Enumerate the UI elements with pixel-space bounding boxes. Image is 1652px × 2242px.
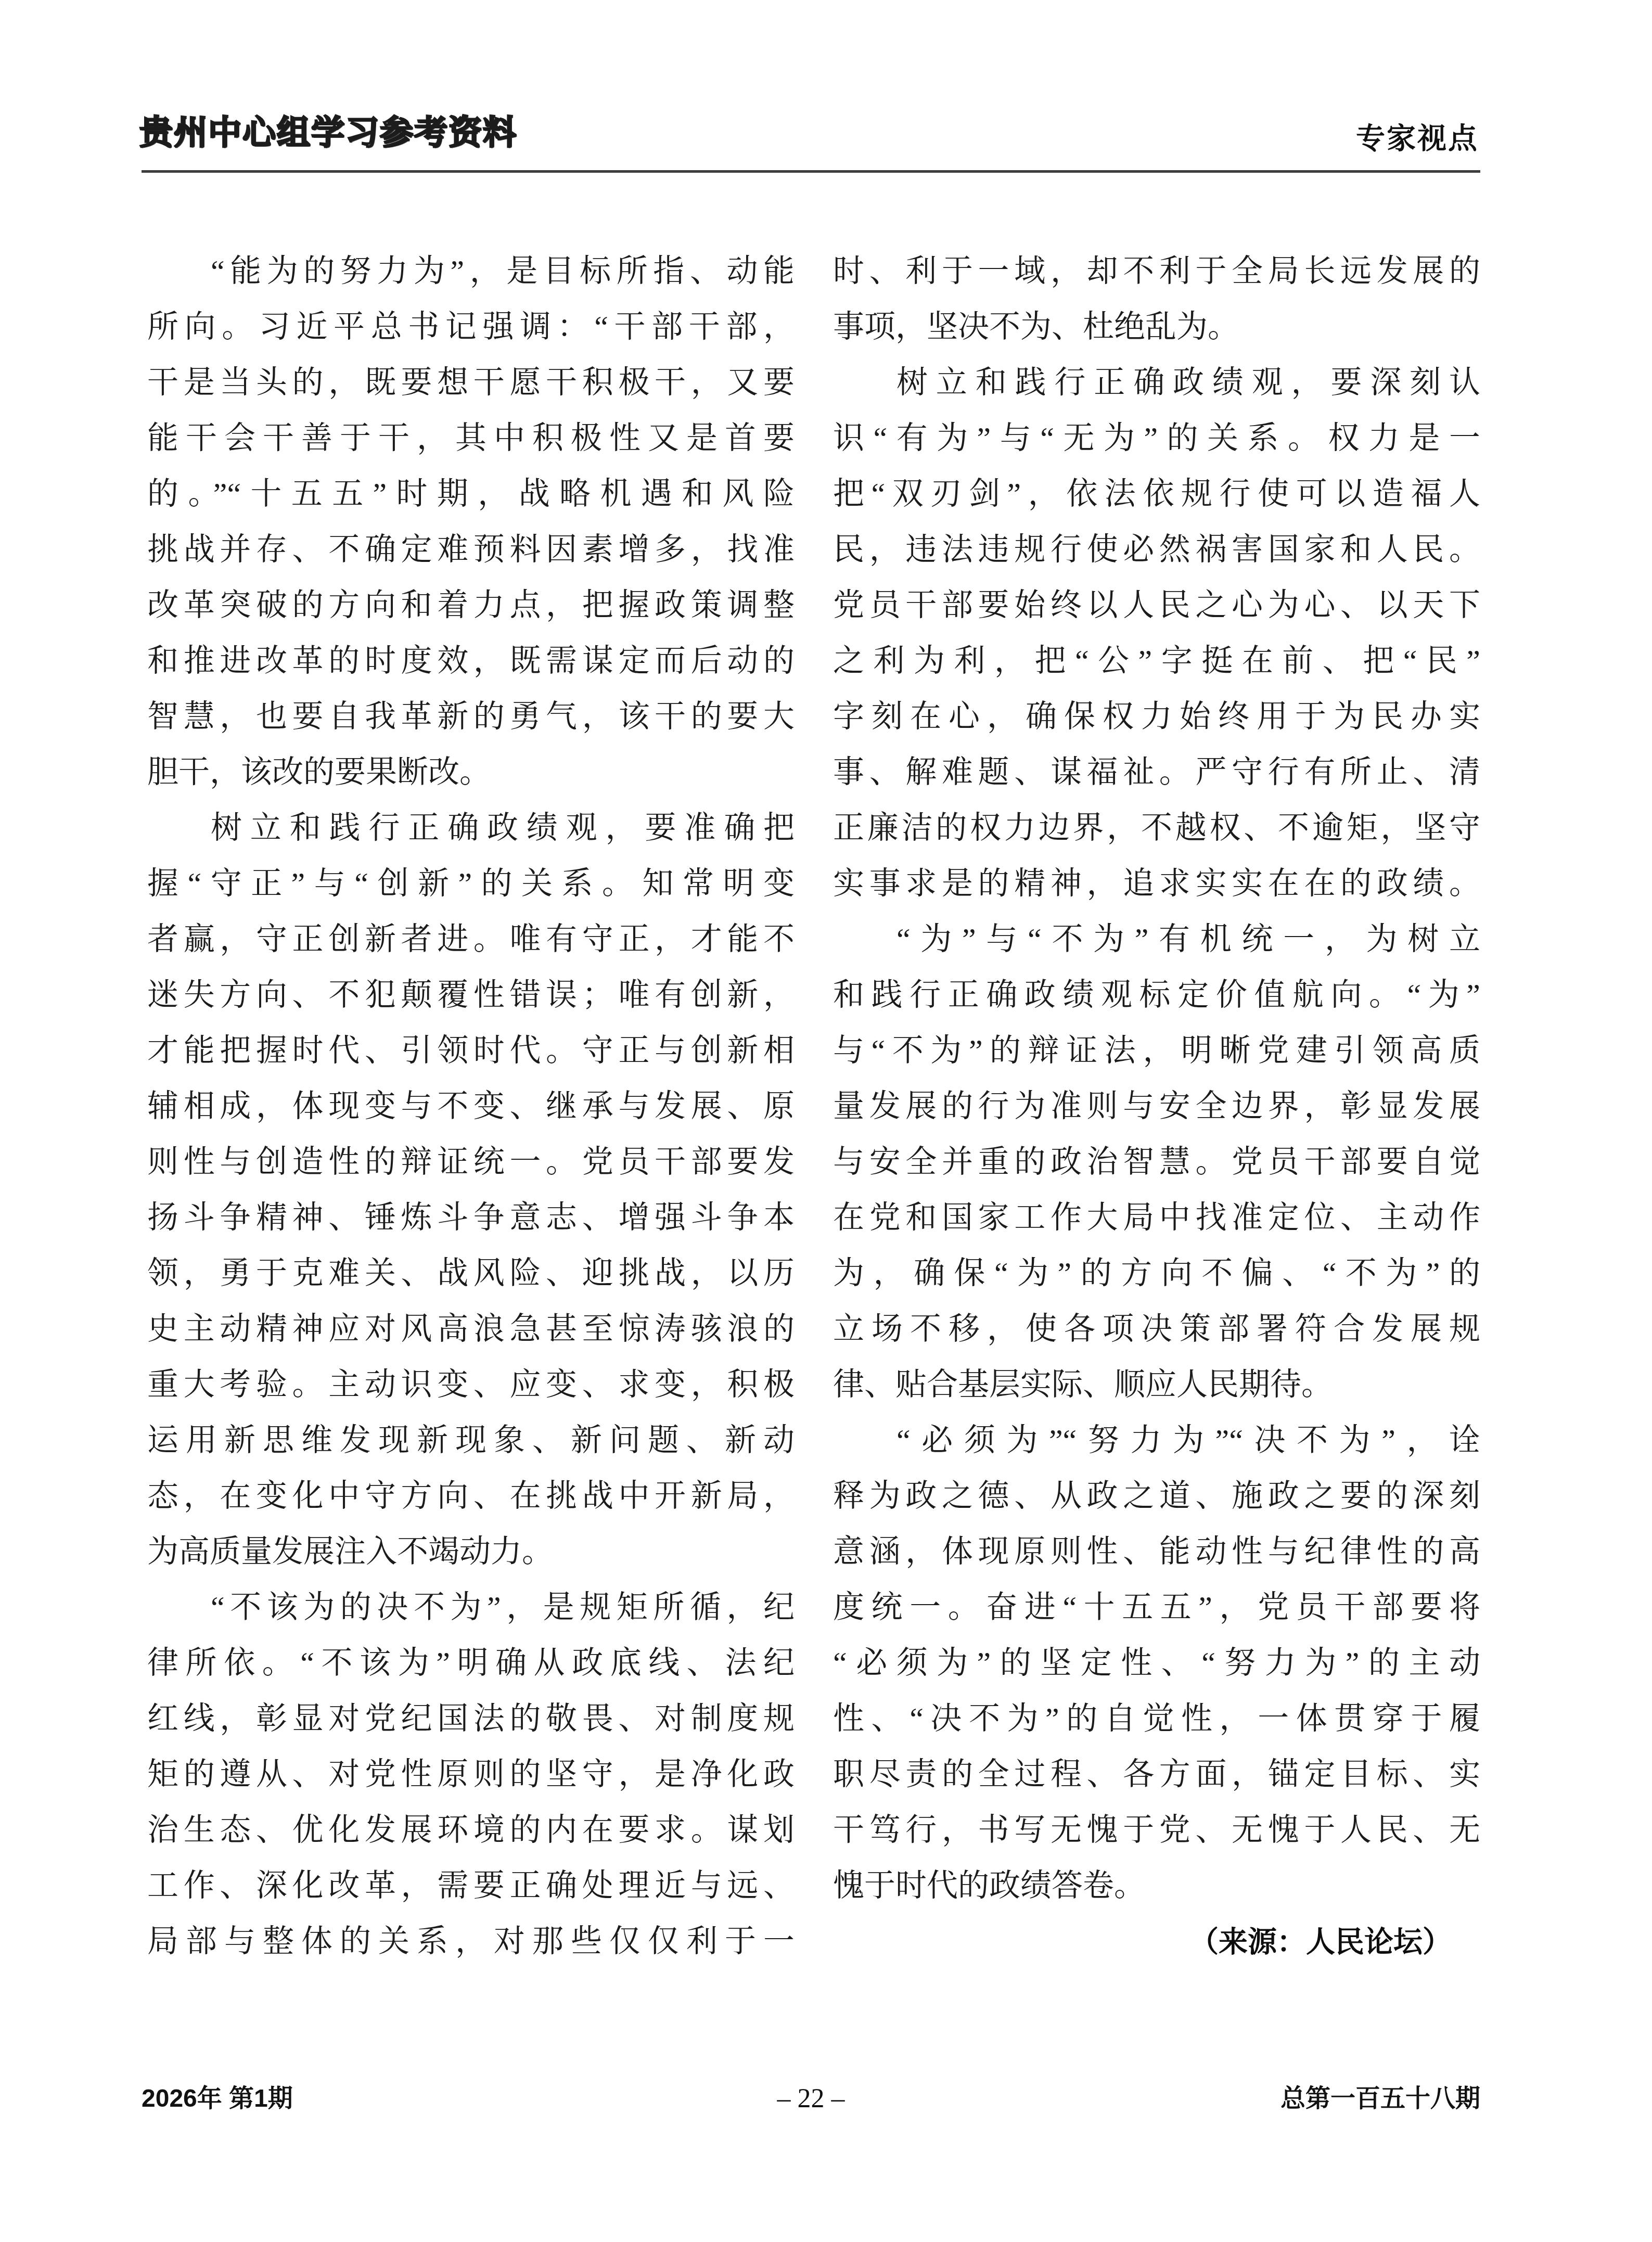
text-line: 民，违法违规行使必然祸害国家和人民。 xyxy=(833,522,1480,578)
text-line: 和推进改革的时度效，既需谋定而后动的 xyxy=(147,633,795,689)
text-line: 能干会干善于干，其中积极性又是首要 xyxy=(147,411,795,466)
text-line: 者赢，守正创新者进。唯有守正，才能不 xyxy=(147,912,795,967)
text-line: 和践行正确政绩观标定价值航向。“为” xyxy=(833,967,1480,1023)
footer-volume: 总第一百五十八期 xyxy=(1280,2081,1480,2117)
text-line: 干是当头的，既要想干愿干积极干，又要 xyxy=(147,355,795,411)
text-line: 才能把握时代、引领时代。守正与创新相 xyxy=(147,1023,795,1079)
text-line: 迷失方向、不犯颠覆性错误；唯有创新， xyxy=(147,967,795,1023)
text-line: 事、解难题、谋福祉。严守行有所止、清 xyxy=(833,745,1480,800)
right-column: 时、利于一域，却不利于全局长远发展的 事项，坚决不为、杜绝乱为。 树立和践行正确… xyxy=(833,244,1480,1969)
text-line: 的。”“十五五”时期，战略机遇和风险 xyxy=(147,466,795,522)
text-line: 律、贴合基层实际、顺应人民期待。 xyxy=(833,1357,1480,1413)
text-line: “为”与“不为”有机统一，为树立 xyxy=(833,912,1480,967)
text-line: 扬斗争精神、锤炼斗争意志、增强斗争本 xyxy=(147,1190,795,1246)
text-line: “能为的努力为”，是目标所指、动能 xyxy=(147,244,795,299)
text-line: 局部与整体的关系，对那些仅仅利于一 xyxy=(147,1914,795,1969)
text-line: 挑战并存、不确定难预料因素增多，找准 xyxy=(147,522,795,578)
text-line: 为，确保“为”的方向不偏、“不为”的 xyxy=(833,1246,1480,1301)
text-line: “必须为”“努力为”“决不为”，诠 xyxy=(833,1413,1480,1468)
text-line: 律所依。“不该为”明确从政底线、法纪 xyxy=(147,1635,795,1691)
text-line: 意涵，体现原则性、能动性与纪律性的高 xyxy=(833,1524,1480,1580)
text-line: “不该为的决不为”，是规矩所循，纪 xyxy=(147,1580,795,1635)
text-line: 时、利于一域，却不利于全局长远发展的 xyxy=(833,244,1480,299)
text-line: 度统一。奋进“十五五”，党员干部要将 xyxy=(833,1580,1480,1635)
text-line: 字刻在心，确保权力始终用于为民办实 xyxy=(833,689,1480,745)
text-line: 所向。习近平总书记强调：“干部干部， xyxy=(147,299,795,355)
section-title: 专家视点 xyxy=(1356,124,1479,153)
footer-page-number: – 22 – xyxy=(777,2081,845,2117)
text-line: 干笃行，书写无愧于党、无愧于人民、无 xyxy=(833,1802,1480,1858)
text-line: 红线，彰显对党纪国法的敬畏、对制度规 xyxy=(147,1691,795,1747)
page-footer: 2026年 第1期 – 22 – 总第一百五十八期 xyxy=(142,2081,1480,2119)
text-line: 改革突破的方向和着力点，把握政策调整 xyxy=(147,578,795,633)
text-line: 识“有为”与“无为”的关系。权力是一 xyxy=(833,411,1480,466)
text-line: 量发展的行为准则与安全边界，彰显发展 xyxy=(833,1079,1480,1134)
text-line: 释为政之德、从政之道、施政之要的深刻 xyxy=(833,1468,1480,1524)
text-line: 之利为利，把“公”字挺在前、把“民” xyxy=(833,633,1480,689)
header-divider xyxy=(142,170,1480,173)
text-line: 胆干，该改的要果断改。 xyxy=(147,745,795,800)
text-line: 与“不为”的辩证法，明晰党建引领高质 xyxy=(833,1023,1480,1079)
text-line: 在党和国家工作大局中找准定位、主动作 xyxy=(833,1190,1480,1246)
text-line: 矩的遵从、对党性原则的坚守，是净化政 xyxy=(147,1747,795,1802)
text-line: 性、“决不为”的自觉性，一体贯穿于履 xyxy=(833,1691,1480,1747)
text-line: 立场不移，使各项决策部署符合发展规 xyxy=(833,1301,1480,1357)
text-line: 辅相成，体现变与不变、继承与发展、原 xyxy=(147,1079,795,1134)
text-line: 握“守正”与“创新”的关系。知常明变 xyxy=(147,856,795,912)
footer-issue: 2026年 第1期 xyxy=(142,2081,293,2117)
masthead-title: 贵州中心组学习参考资料 xyxy=(139,116,517,149)
article-body: “能为的努力为”，是目标所指、动能 所向。习近平总书记强调：“干部干部， 干是当… xyxy=(147,244,1480,1969)
text-line: 党员干部要始终以人民之心为心、以天下 xyxy=(833,578,1480,633)
text-line: 愧于时代的政绩答卷。 xyxy=(833,1858,1480,1914)
left-column: “能为的努力为”，是目标所指、动能 所向。习近平总书记强调：“干部干部， 干是当… xyxy=(147,244,795,1969)
text-line: 与安全并重的政治智慧。党员干部要自觉 xyxy=(833,1134,1480,1190)
text-line: 智慧，也要自我革新的勇气，该干的要大 xyxy=(147,689,795,745)
text-line: 正廉洁的权力边界，不越权、不逾矩，坚守 xyxy=(833,800,1480,856)
text-line: 实事求是的精神，追求实实在在的政绩。 xyxy=(833,856,1480,912)
text-line: “必须为”的坚定性、“努力为”的主动 xyxy=(833,1635,1480,1691)
text-line: 树立和践行正确政绩观，要深刻认 xyxy=(833,355,1480,411)
text-line: 树立和践行正确政绩观，要准确把 xyxy=(147,800,795,856)
text-line: 职尽责的全过程、各方面，锚定目标、实 xyxy=(833,1747,1480,1802)
source-attribution: （来源：人民论坛） xyxy=(833,1914,1480,1969)
text-line: 为高质量发展注入不竭动力。 xyxy=(147,1524,795,1580)
text-line: 运用新思维发现新现象、新问题、新动 xyxy=(147,1413,795,1468)
text-line: 把“双刃剑”，依法依规行使可以造福人 xyxy=(833,466,1480,522)
text-line: 治生态、优化发展环境的内在要求。谋划 xyxy=(147,1802,795,1858)
text-line: 事项，坚决不为、杜绝乱为。 xyxy=(833,299,1480,355)
text-line: 态，在变化中守方向、在挑战中开新局， xyxy=(147,1468,795,1524)
text-line: 则性与创造性的辩证统一。党员干部要发 xyxy=(147,1134,795,1190)
text-line: 史主动精神应对风高浪急甚至惊涛骇浪的 xyxy=(147,1301,795,1357)
text-line: 领，勇于克难关、战风险、迎挑战，以历 xyxy=(147,1246,795,1301)
text-line: 重大考验。主动识变、应变、求变，积极 xyxy=(147,1357,795,1413)
text-line: 工作、深化改革，需要正确处理近与远、 xyxy=(147,1858,795,1914)
